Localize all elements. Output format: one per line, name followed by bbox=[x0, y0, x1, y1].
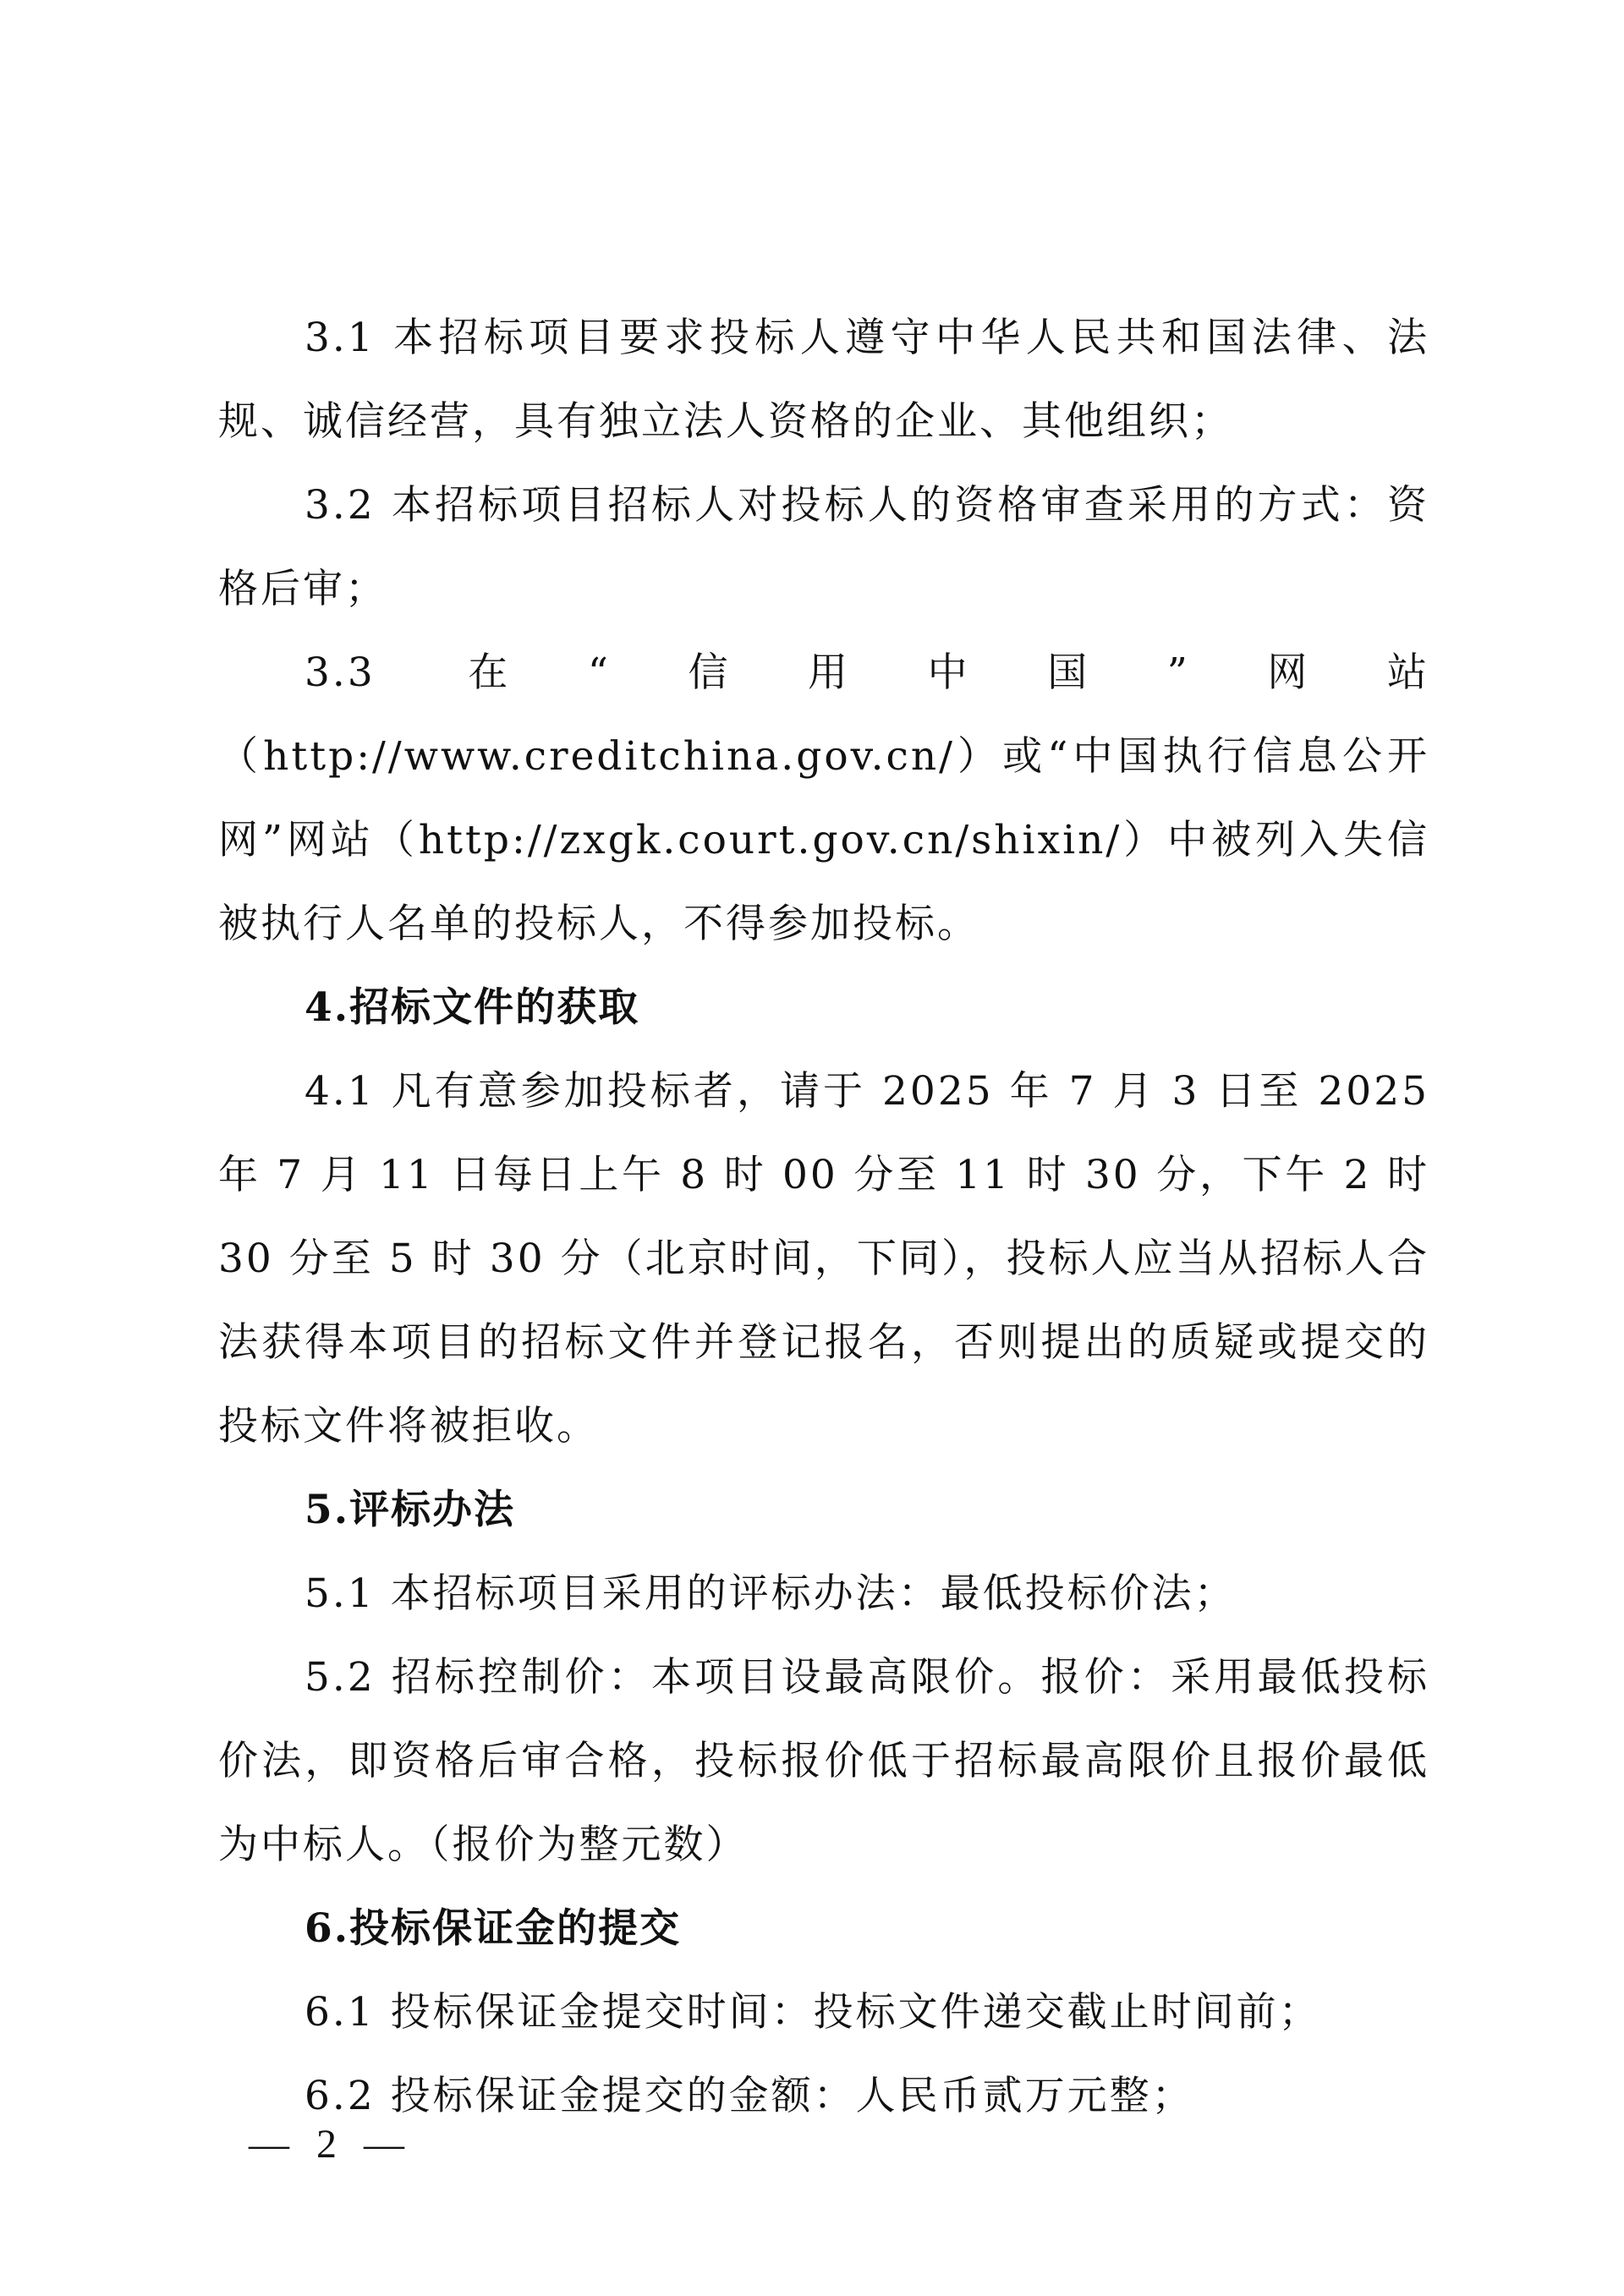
document-body: 3.1 本招标项目要求投标人遵守中华人民共和国法律、法规、诚信经营，具有独立法人… bbox=[218, 296, 1429, 2138]
clause-4-1: 4.1 凡有意参加投标者，请于 2025 年 7 月 3 日至 2025 年 7… bbox=[218, 1049, 1429, 1468]
page-number: — 2 — bbox=[249, 2119, 413, 2170]
clause-3-3: 3.3 在“信用中国”网站（http://www.creditchina.gov… bbox=[218, 631, 1429, 966]
section-6-heading: 6.投标保证金的提交 bbox=[218, 1887, 1429, 1970]
section-5-heading: 5.评标办法 bbox=[218, 1468, 1429, 1552]
document-page: 3.1 本招标项目要求投标人遵守中华人民共和国法律、法规、诚信经营，具有独立法人… bbox=[0, 0, 1624, 2296]
clause-3-2: 3.2 本招标项目招标人对投标人的资格审查采用的方式：资格后审； bbox=[218, 463, 1429, 631]
clause-6-1: 6.1 投标保证金提交时间：投标文件递交截止时间前； bbox=[218, 1970, 1429, 2054]
section-4-heading: 4.招标文件的获取 bbox=[218, 966, 1429, 1049]
clause-3-1: 3.1 本招标项目要求投标人遵守中华人民共和国法律、法规、诚信经营，具有独立法人… bbox=[218, 296, 1429, 463]
clause-5-2: 5.2 招标控制价：本项目设最高限价。报价：采用最低投标价法，即资格后审合格，投… bbox=[218, 1636, 1429, 1887]
clause-5-1: 5.1 本招标项目采用的评标办法：最低投标价法； bbox=[218, 1552, 1429, 1636]
